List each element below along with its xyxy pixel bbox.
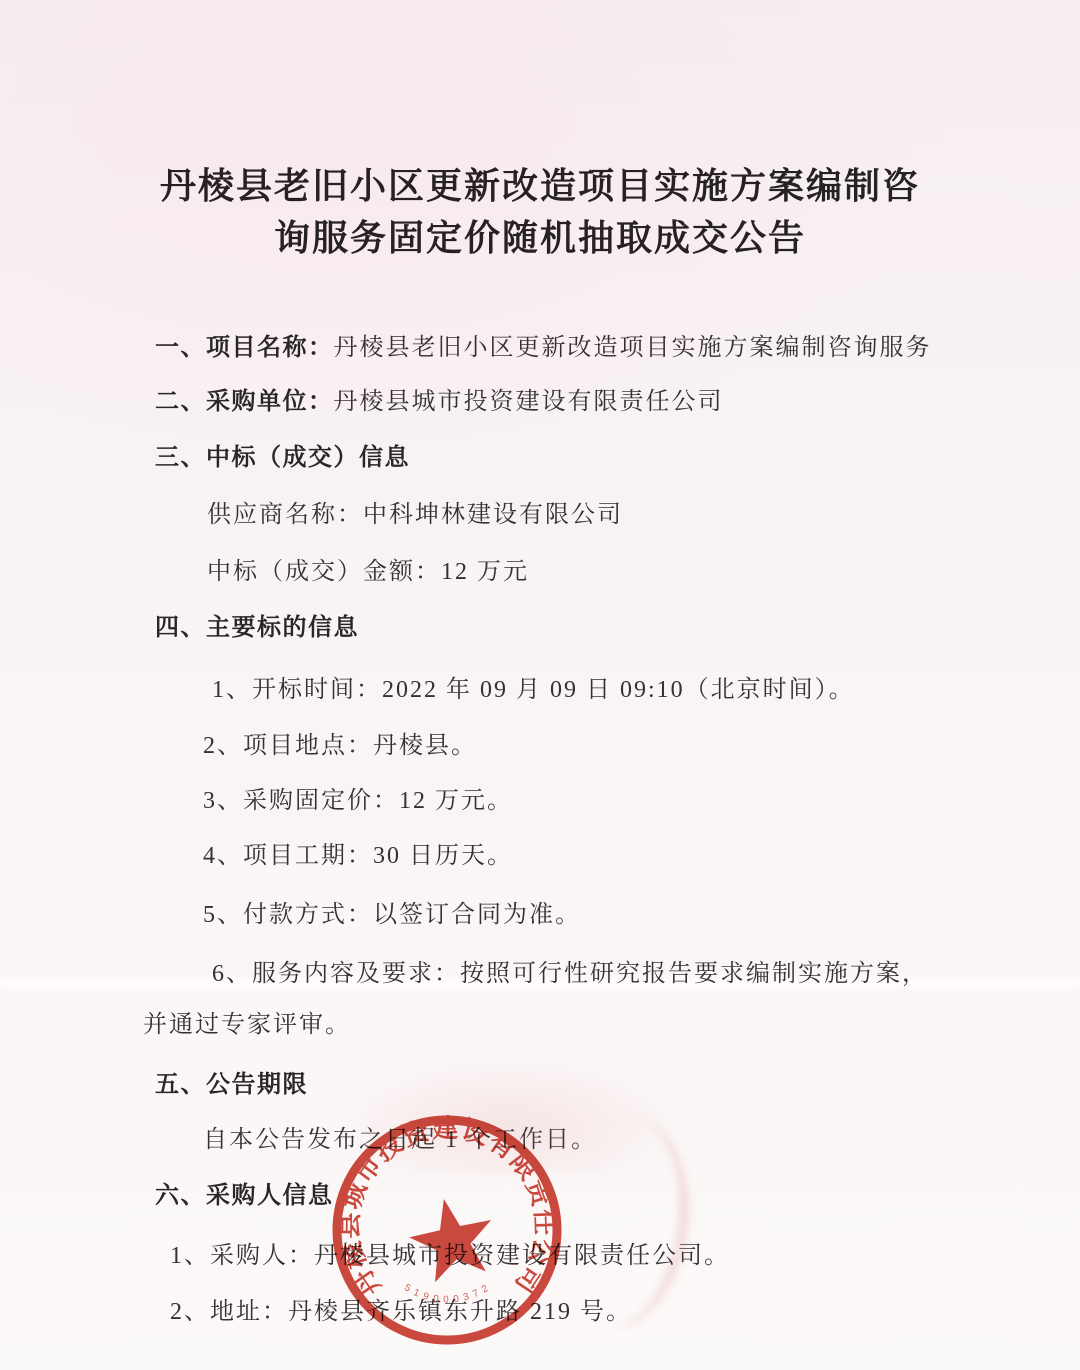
section-main-subject-heading: 四、主要标的信息 (155, 611, 359, 645)
item-fixed-price: 3、采购固定价：12 万元。 (203, 784, 513, 818)
document-title-line2: 询服务固定价随机抽取成交公告 (0, 212, 1080, 264)
item-bid-opening-time: 1、开标时间：2022 年 09 月 09 日 09:10（北京时间）。 (212, 673, 855, 707)
award-amount-line: 中标（成交）金额：12 万元 (207, 555, 529, 589)
item-service-content: 6、服务内容及要求：按照可行性研究报告要求编制实施方案， (212, 957, 928, 991)
document-title: 丹棱县老旧小区更新改造项目实施方案编制咨 询服务固定价随机抽取成交公告 (0, 160, 1080, 264)
item-project-duration: 4、项目工期：30 日历天。 (203, 839, 513, 873)
document-title-line1: 丹棱县老旧小区更新改造项目实施方案编制咨 (0, 160, 1080, 212)
supplier-name-line: 供应商名称：中科坤林建设有限公司 (207, 498, 623, 532)
item-service-content-continuation: 并通过专家评审。 (143, 1008, 351, 1042)
section-purchasing-unit-label: 二、采购单位： (155, 388, 334, 415)
section-project-name-label: 一、项目名称： (155, 334, 334, 361)
item-payment-method: 5、付款方式：以签订合同为准。 (203, 898, 581, 932)
company-seal-stamp: 丹棱县城市投资建设有限责任公司 519000372 (327, 1102, 567, 1350)
section-purchasing-unit: 二、采购单位：丹棱县城市投资建设有限责任公司 (155, 385, 724, 419)
section-award-info-heading: 三、中标（成交）信息 (155, 441, 410, 475)
item-project-location: 2、项目地点：丹棱县。 (203, 729, 477, 763)
section-project-name-value: 丹棱县老旧小区更新改造项目实施方案编制咨询服务 (334, 335, 932, 361)
section-notice-period-heading: 五、公告期限 (155, 1068, 308, 1102)
announcement-document: 丹棱县老旧小区更新改造项目实施方案编制咨 询服务固定价随机抽取成交公告 一、项目… (0, 0, 1080, 1370)
seal-star-icon (403, 1190, 501, 1285)
section-project-name: 一、项目名称：丹棱县老旧小区更新改造项目实施方案编制咨询服务 (155, 331, 932, 365)
seal-serial-number: 519000372 (402, 1281, 495, 1306)
section-purchasing-unit-value: 丹棱县城市投资建设有限责任公司 (334, 389, 724, 415)
section-purchaser-info-heading: 六、采购人信息 (155, 1179, 334, 1213)
